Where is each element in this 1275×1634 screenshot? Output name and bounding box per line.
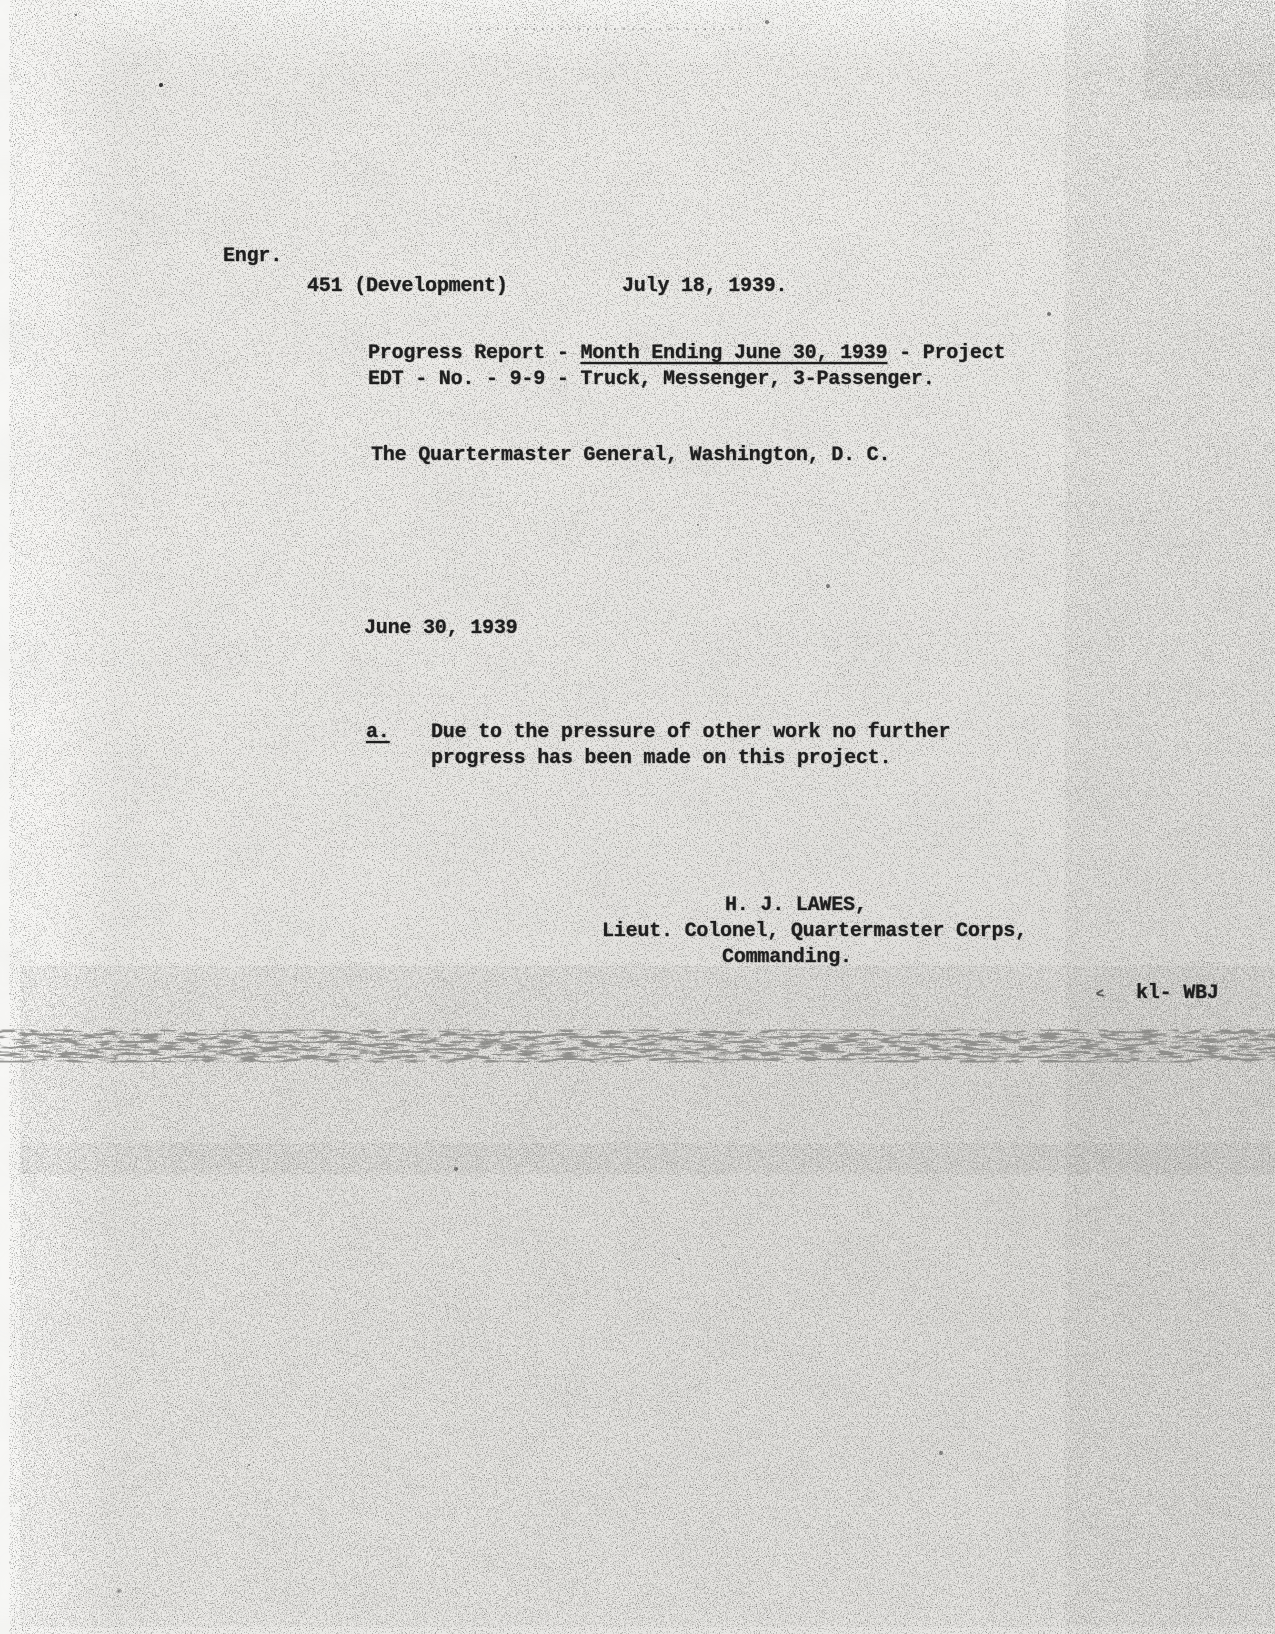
subject-underlined-period: Month Ending June 30, 1939 bbox=[580, 342, 887, 365]
item-a-label: a. bbox=[366, 722, 390, 743]
ink-specks bbox=[0, 0, 2, 2]
office-symbol: Engr. bbox=[223, 246, 282, 267]
signature-name: H. J. LAWES, bbox=[725, 895, 867, 916]
addressee: The Quartermaster General, Washington, D… bbox=[371, 445, 890, 466]
stray-pencil-mark: < bbox=[1095, 988, 1105, 1004]
photocopy-grain-texture bbox=[0, 0, 1275, 1634]
signature-role: Commanding. bbox=[722, 947, 852, 968]
letter-date: July 18, 1939. bbox=[622, 276, 787, 297]
scan-streak-artifact bbox=[470, 28, 750, 30]
item-a-text-line-1: Due to the pressure of other work no fur… bbox=[431, 722, 950, 743]
typist-initials: kl- WBJ bbox=[1136, 983, 1219, 1004]
scanned-document-page: Engr. 451 (Development) July 18, 1939. P… bbox=[0, 0, 1275, 1634]
signature-title: Lieut. Colonel, Quartermaster Corps, bbox=[602, 921, 1027, 942]
item-a-text-line-2: progress has been made on this project. bbox=[431, 748, 891, 769]
subject-line-2: EDT - No. - 9-9 - Truck, Messenger, 3-Pa… bbox=[368, 369, 935, 390]
subject-suffix: - Project bbox=[887, 342, 1005, 365]
subject-prefix: Progress Report - bbox=[368, 342, 580, 365]
report-date: June 30, 1939 bbox=[364, 618, 517, 639]
file-number: 451 (Development) bbox=[307, 276, 508, 297]
subject-line-1: Progress Report - Month Ending June 30, … bbox=[368, 343, 1005, 364]
